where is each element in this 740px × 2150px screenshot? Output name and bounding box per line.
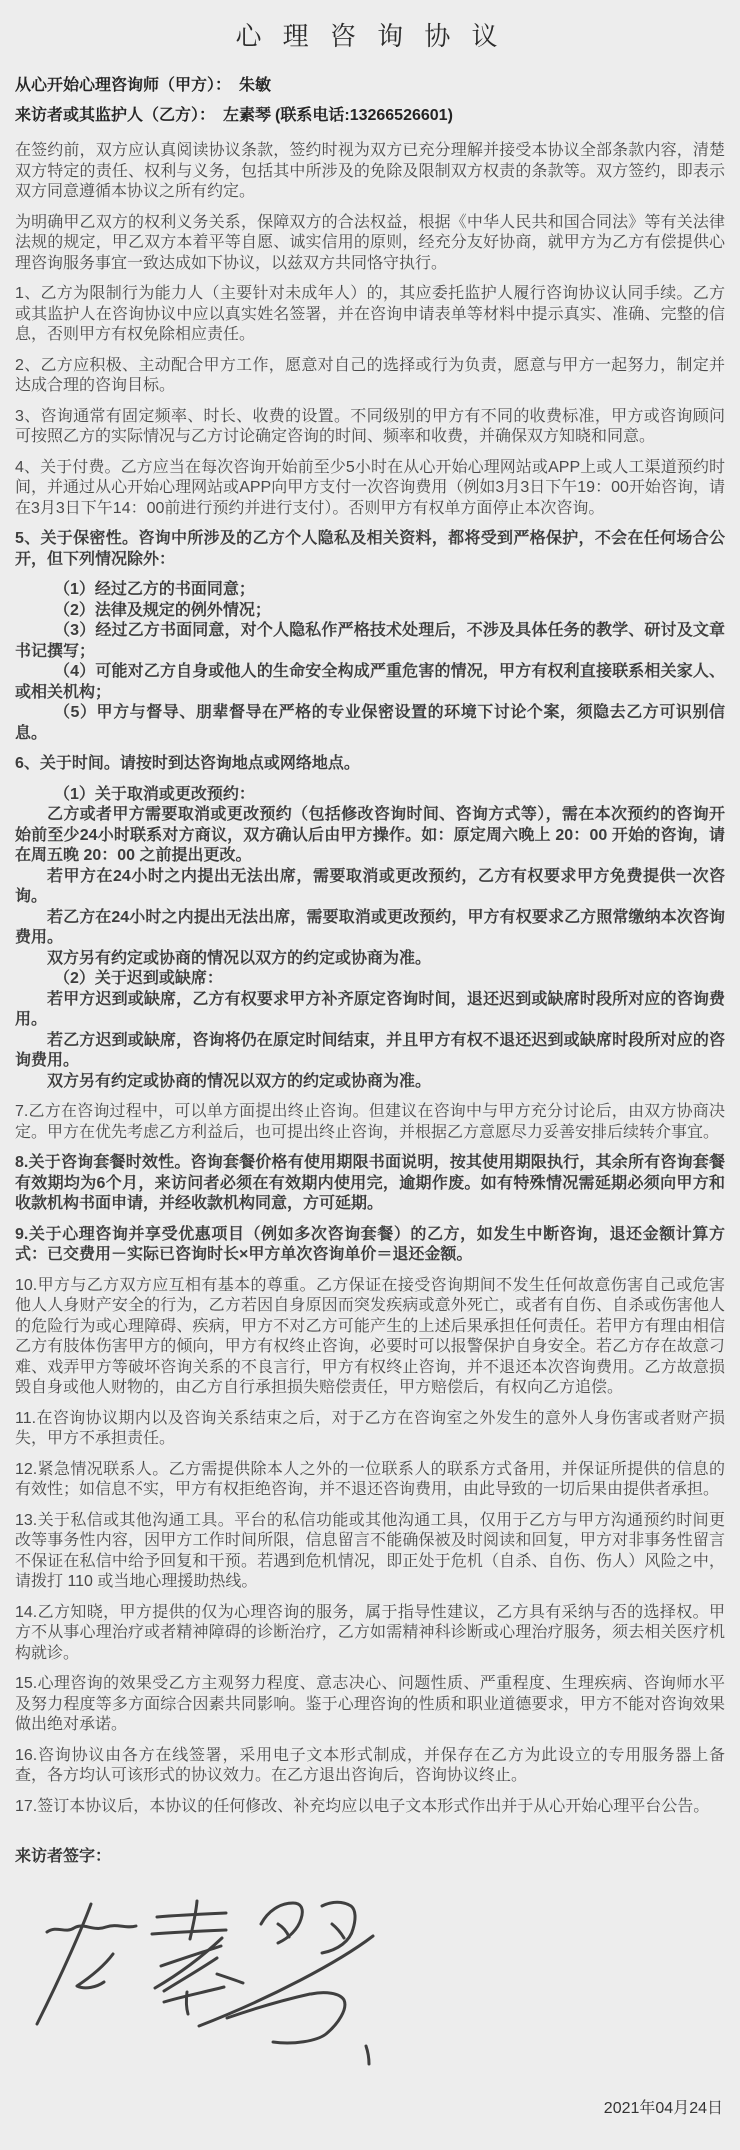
party-a-line: 从心开始心理咨询师（甲方）：朱敏 bbox=[15, 71, 725, 101]
agreement-paragraph: 乙方或者甲方需要取消或更改预约（包括修改咨询时间、咨询方式等），需在本次预约的咨… bbox=[15, 805, 725, 867]
agreement-paragraph: 1、乙方为限制行为能力人（主要针对未成年人）的，其应委托监护人履行咨询协议认同手… bbox=[15, 284, 725, 346]
agreement-paragraph: 8.关于咨询套餐时效性。咨询套餐价格有使用期限书面说明，按其使用期限执行，其余所… bbox=[15, 1153, 725, 1215]
agreement-paragraph: （4）可能对乙方自身或他人的生命安全构成严重危害的情况，甲方有权利直接联系相关家… bbox=[15, 662, 725, 703]
agreement-paragraph: 若乙方迟到或缺席，咨询将仍在原定时间结束，并且甲方有权不退还迟到或缺席时段所对应… bbox=[15, 1031, 725, 1072]
party-b-name: 左素琴 bbox=[223, 107, 271, 124]
agreement-paragraph: 14.乙方知晓，甲方提供的仅为心理咨询的服务，属于指导性建议，乙方具有采纳与否的… bbox=[15, 1603, 725, 1665]
agreement-paragraph: 7.乙方在咨询过程中，可以单方面提出终止咨询。但建议在咨询中与甲方充分讨论后，由… bbox=[15, 1102, 725, 1143]
party-a-label: 从心开始心理咨询师（甲方）： bbox=[15, 77, 231, 94]
signature-label: 来访者签字： bbox=[15, 1843, 725, 1866]
agreement-paragraph: 10.甲方与乙方双方应互相有基本的尊重。乙方保证在接受咨询期间不发生任何故意伤害… bbox=[15, 1276, 725, 1399]
agreement-paragraph: 9.关于心理咨询并享受优惠项目（例如多次咨询套餐）的乙方，如发生中断咨询，退还金… bbox=[15, 1225, 725, 1266]
agreement-paragraph: 2、乙方应积极、主动配合甲方工作，愿意对自己的选择或行为负责，愿意与甲方一起努力… bbox=[15, 356, 725, 397]
agreement-paragraph: 双方另有约定或协商的情况以双方的约定或协商为准。 bbox=[15, 1072, 725, 1093]
agreement-paragraph: 为明确甲乙双方的权利义务关系，保障双方的合法权益，根据《中华人民共和国合同法》等… bbox=[15, 213, 725, 275]
signature-date: 2021年04月24日 bbox=[15, 2095, 723, 2150]
agreement-paragraph: （3）经过乙方书面同意，对个人隐私作严格技术处理后，不涉及具体任务的教学、研讨及… bbox=[15, 621, 725, 662]
agreement-paragraph: 5、关于保密性。咨询中所涉及的乙方个人隐私及相关资料，都将受到严格保护，不会在任… bbox=[15, 529, 725, 570]
agreement-paragraph: （2）关于迟到或缺席： bbox=[15, 969, 725, 990]
agreement-body: 在签约前，双方应认真阅读协议条款，签约时视为双方已充分理解并接受本协议全部条款内… bbox=[15, 141, 725, 1817]
agreement-paragraph: 若乙方在24小时之内提出无法出席，需要取消或更改预约，甲方有权要求乙方照常缴纳本… bbox=[15, 908, 725, 949]
agreement-paragraph: 12.紧急情况联系人。乙方需提供除本人之外的一位联系人的联系方式备用，并保证所提… bbox=[15, 1460, 725, 1501]
agreement-paragraph: 16.咨询协议由各方在线签署，采用电子文本形式制成，并保存在乙方为此设立的专用服… bbox=[15, 1746, 725, 1787]
agreement-paragraph: （1）关于取消或更改预约： bbox=[15, 785, 725, 806]
signature-area bbox=[21, 1894, 725, 2079]
party-a-name: 朱敏 bbox=[239, 77, 271, 94]
agreement-paragraph: （1）经过乙方的书面同意； bbox=[15, 580, 725, 601]
agreement-paragraph: 若甲方迟到或缺席，乙方有权要求甲方补齐原定咨询时间，退还迟到或缺席时段所对应的咨… bbox=[15, 990, 725, 1031]
agreement-paragraph: 在签约前，双方应认真阅读协议条款，签约时视为双方已充分理解并接受本协议全部条款内… bbox=[15, 141, 725, 203]
agreement-paragraph: 6、关于时间。请按时到达咨询地点或网络地点。 bbox=[15, 754, 725, 775]
agreement-paragraph: 13.关于私信或其他沟通工具。平台的私信功能或其他沟通工具，仅用于乙方与甲方沟通… bbox=[15, 1511, 725, 1593]
agreement-paragraph: 15.心理咨询的效果受乙方主观努力程度、意志决心、问题性质、严重程度、生理疾病、… bbox=[15, 1674, 725, 1736]
agreement-paragraph: 4、关于付费。乙方应当在每次咨询开始前至少5小时在从心开始心理网站或APP上或人… bbox=[15, 458, 725, 520]
page-title: 心 理 咨 询 协 议 bbox=[15, 16, 725, 53]
agreement-paragraph: （2）法律及规定的例外情况； bbox=[15, 601, 725, 622]
agreement-document: 心 理 咨 询 协 议 从心开始心理咨询师（甲方）：朱敏 来访者或其监护人（乙方… bbox=[15, 16, 725, 2150]
party-b-label: 来访者或其监护人（乙方）： bbox=[15, 107, 215, 124]
agreement-paragraph: 双方另有约定或协商的情况以双方的约定或协商为准。 bbox=[15, 949, 725, 970]
agreement-paragraph: 3、咨询通常有固定频率、时长、收费的设置。不同级别的甲方有不同的收费标准，甲方或… bbox=[15, 407, 725, 448]
agreement-paragraph: 11.在咨询协议期内以及咨询关系结束之后，对于乙方在咨询室之外发生的意外人身伤害… bbox=[15, 1409, 725, 1450]
party-b-phone: (联系电话:13266526601) bbox=[275, 107, 453, 124]
agreement-paragraph: （5）甲方与督导、朋辈督导在严格的专业保密设置的环境下讨论个案，须隐去乙方可识别… bbox=[15, 703, 725, 744]
signature-drawing bbox=[21, 1894, 391, 2079]
party-b-line: 来访者或其监护人（乙方）：左素琴(联系电话:13266526601) bbox=[15, 101, 725, 131]
agreement-paragraph: 若甲方在24小时之内提出无法出席，需要取消或更改预约，乙方有权要求甲方免费提供一… bbox=[15, 867, 725, 908]
agreement-paragraph: 17.签订本协议后，本协议的任何修改、补充均应以电子文本形式作出并于从心开始心理… bbox=[15, 1797, 725, 1818]
